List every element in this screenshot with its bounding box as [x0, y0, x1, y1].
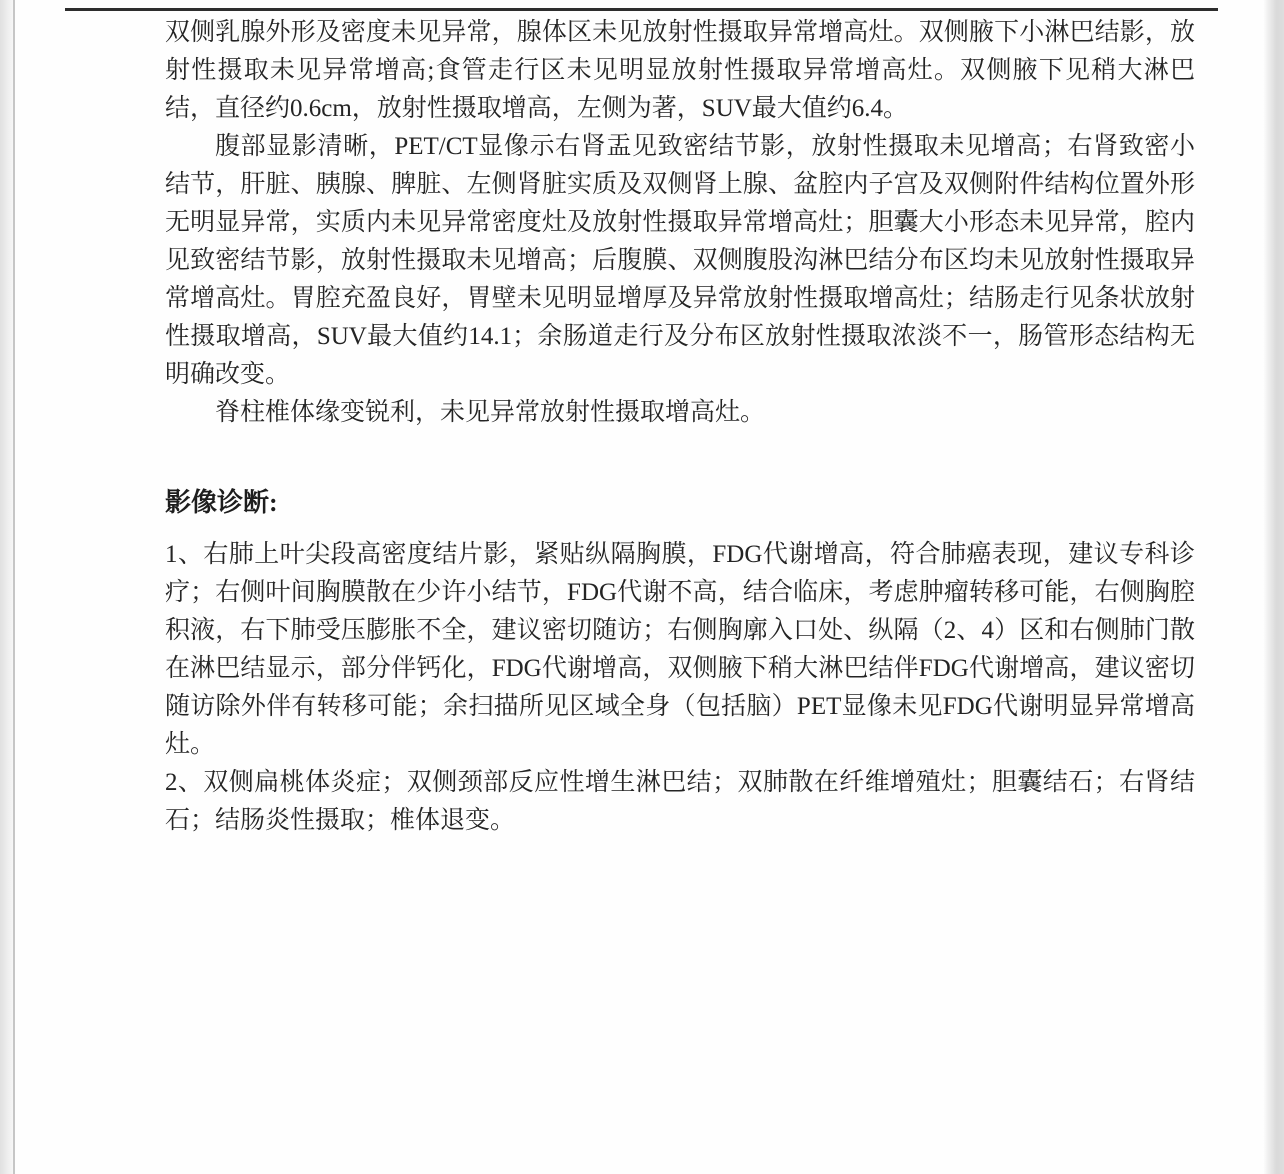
photo-edge-right: [1263, 0, 1284, 1174]
diagnosis-item-2: 2、双侧扁桃体炎症；双侧颈部反应性增生淋巴结；双肺散在纤维增殖灶；胆囊结石；右肾…: [165, 764, 1195, 840]
report-content: 双侧乳腺外形及密度未见异常，腺体区未见放射性摄取异常增高灶。双侧腋下小淋巴结影，…: [165, 14, 1195, 840]
report-paragraph-findings-breast-axilla: 双侧乳腺外形及密度未见异常，腺体区未见放射性摄取异常增高灶。双侧腋下小淋巴结影，…: [165, 14, 1195, 128]
diagnosis-heading: 影像诊断:: [165, 484, 1195, 522]
report-page: 双侧乳腺外形及密度未见异常，腺体区未见放射性摄取异常增高灶。双侧腋下小淋巴结影，…: [0, 0, 1284, 1174]
report-paragraph-findings-abdomen: 腹部显影清晰，PET/CT显像示右肾盂见致密结节影，放射性摄取未见增高；右肾致密…: [165, 128, 1195, 394]
photo-edge-left: [0, 0, 15, 1174]
diagnosis-item-1: 1、右肺上叶尖段高密度结片影，紧贴纵隔胸膜，FDG代谢增高，符合肺癌表现，建议专…: [165, 536, 1195, 764]
page-top-rule: [65, 8, 1218, 11]
report-paragraph-findings-spine: 脊柱椎体缘变锐利，未见异常放射性摄取增高灶。: [165, 394, 1195, 432]
